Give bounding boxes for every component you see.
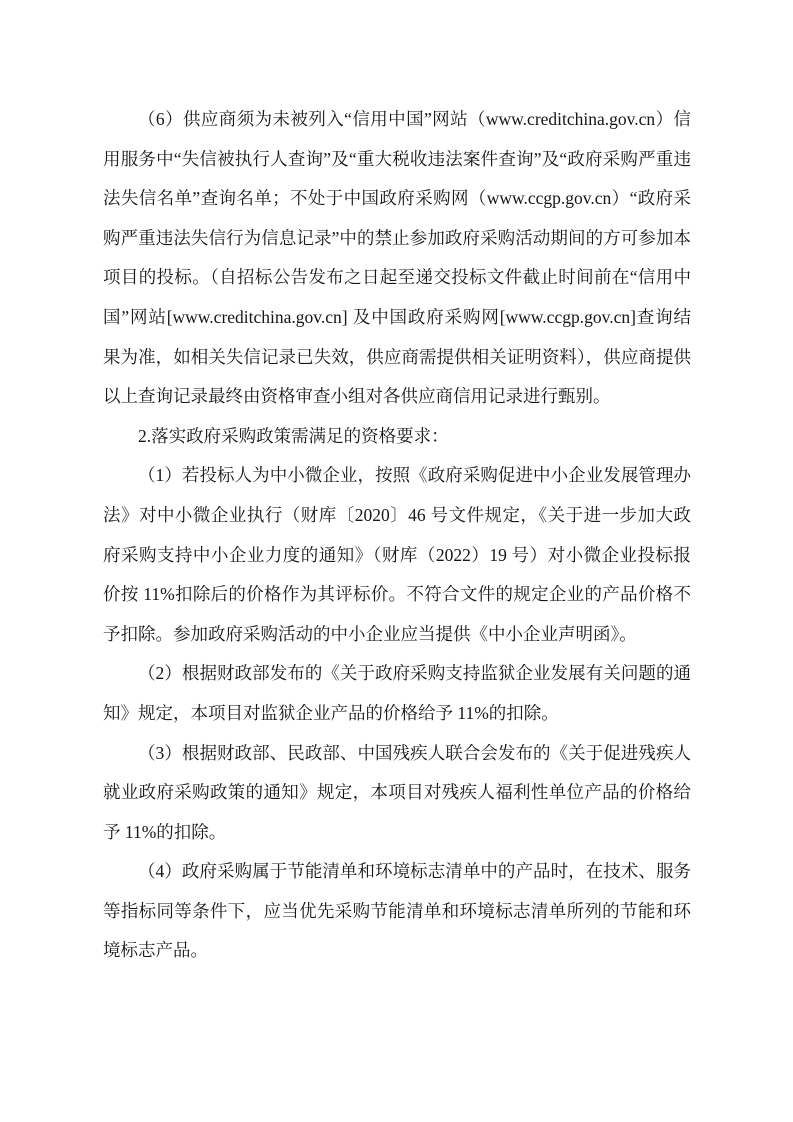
paragraph-supplier-credit-requirement: （6）供应商须为未被列入“信用中国”网站（www.creditchina.gov… xyxy=(103,100,691,417)
paragraph-prison-enterprise-deduction: （2）根据财政部发布的《关于政府采购支持监狱企业发展有关问题的通知》规定，本项目… xyxy=(103,654,691,733)
paragraph-policy-qualification-heading: 2.落实政府采购政策需满足的资格要求： xyxy=(103,417,691,457)
document-page: （6）供应商须为未被列入“信用中国”网站（www.creditchina.gov… xyxy=(0,0,793,1122)
paragraph-sme-price-deduction: （1）若投标人为中小微企业，按照《政府采购促进中小企业发展管理办法》对中小微企业… xyxy=(103,456,691,654)
paragraph-energy-saving-products: （4）政府采购属于节能清单和环境标志清单中的产品时，在技术、服务等指标同等条件下… xyxy=(103,852,691,971)
paragraph-disabled-welfare-deduction: （3）根据财政部、民政部、中国残疾人联合会发布的《关于促进残疾人就业政府采购政策… xyxy=(103,734,691,853)
